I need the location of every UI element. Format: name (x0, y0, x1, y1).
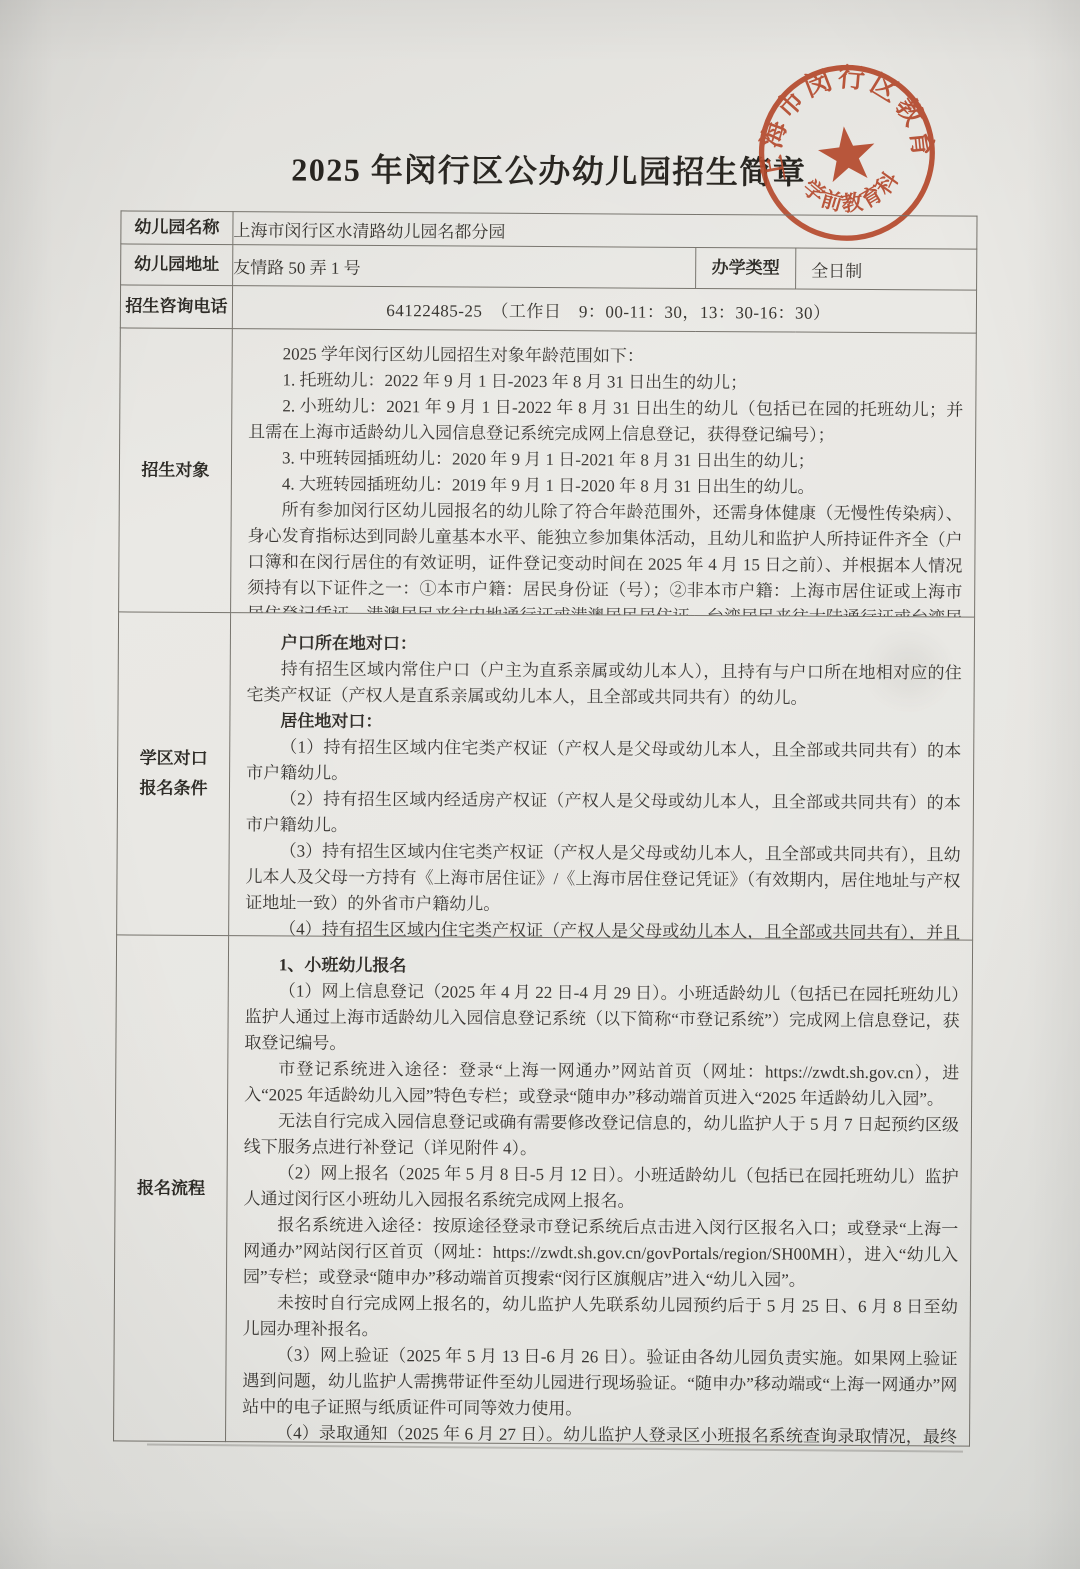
table-row: 幼儿园地址 友情路 50 弄 1 号 办学类型 全日制 (121, 244, 977, 290)
paragraph: （3）持有招生区域内住宅类产权证（产权人是父母或幼儿本人，且全部或共同共有），且… (245, 838, 960, 920)
svg-text:学前教育科: 学前教育科 (796, 164, 908, 221)
address-value: 友情路 50 弄 1 号 (233, 245, 696, 289)
table-row: 幼儿园名称 上海市闵行区水清路幼儿园名都分园 (121, 211, 977, 249)
process-text: 1、小班幼儿报名 （1）网上信息登记（2025 年 4 月 22 日-4 月 2… (226, 936, 972, 1446)
phone-value: 64122485-25 （工作日 9：00-11：30，13：30-16：30） (232, 286, 976, 334)
school-type-label: 办学类型 (696, 247, 796, 289)
seal-department-text: 学前教育科 (796, 164, 908, 221)
document-page: 2025 年闵行区公办幼儿园招生简章 上海市闵行区教育局 学前教育科 (0, 0, 1080, 1569)
star-icon (816, 123, 879, 183)
target-label: 招生对象 (119, 328, 233, 613)
address-label: 幼儿园地址 (121, 244, 233, 286)
phone-label: 招生咨询电话 (120, 285, 232, 329)
target-text: 2025 学年闵行区幼儿园招生对象年龄范围如下： 1. 托班幼儿：2022 年 … (231, 329, 976, 617)
paragraph: 报名系统进入途径：按原途径登录市登记系统后点击进入闵行区报名入口；或登录“上海一… (243, 1212, 958, 1294)
scan-smudge (862, 626, 955, 713)
enrollment-table: 幼儿园名称 上海市闵行区水清路幼儿园名都分园 幼儿园地址 友情路 50 弄 1 … (113, 210, 978, 1446)
paragraph: 无法自行完成入园信息登记或确有需要修改登记信息的，幼儿监护人于 5 月 7 日起… (244, 1108, 959, 1164)
paragraph: （3）网上验证（2025 年 5 月 13 日-6 月 26 日）。验证由各幼儿… (242, 1342, 957, 1424)
process-label: 报名流程 (114, 935, 229, 1442)
process-cell: 1、小班幼儿报名 （1）网上信息登记（2025 年 4 月 22 日-4 月 2… (226, 936, 973, 1447)
paragraph: 持有招生区域内常住户口（户主为直系亲属或幼儿本人），且持有与户口所在地相对应的住… (247, 656, 962, 712)
target-cell: 2025 学年闵行区幼儿园招生对象年龄范围如下： 1. 托班幼儿：2022 年 … (231, 329, 977, 618)
district-label: 学区对口 报名条件 (117, 612, 231, 936)
kindergarten-name-label: 幼儿园名称 (121, 211, 233, 245)
paragraph: （1）持有招生区域内住宅类产权证（产权人是父母或幼儿本人，且全部或共同共有）的本… (246, 734, 961, 790)
paragraph: （2）持有招生区域内经适房产权证（产权人是父母或幼儿本人，且全部或共同共有）的本… (246, 786, 961, 842)
school-type-value: 全日制 (796, 248, 977, 290)
table-row: 招生咨询电话 64122485-25 （工作日 9：00-11：30，13：30… (120, 285, 976, 333)
paragraph: （1）网上信息登记（2025 年 4 月 22 日-4 月 29 日）。小班适龄… (244, 978, 959, 1060)
paragraph: 所有参加闵行区幼儿园报名的幼儿除了符合年龄范围外，还需身体健康（无慢性传染病）、… (247, 497, 963, 616)
kindergarten-name-value: 上海市闵行区水清路幼儿园名都分园 (233, 212, 977, 250)
paragraph: （4）录取通知（2025 年 6 月 27 日）。幼儿监护人登录区小班报名系统查… (242, 1420, 957, 1445)
paragraph: 市登记系统进入途径：登录“上海一网通办”网站首页（网址：https://zwdt… (244, 1056, 959, 1112)
table-row-process: 报名流程 1、小班幼儿报名 （1）网上信息登记（2025 年 4 月 22 日-… (114, 935, 973, 1446)
paragraph: 未按时自行完成网上报名的，幼儿监护人先联系幼儿园预约后于 5 月 25 日、6 … (243, 1290, 958, 1346)
paragraph: 2. 小班幼儿：2021 年 9 月 1 日-2022 年 8 月 31 日出生… (248, 393, 963, 449)
table-row-target: 招生对象 2025 学年闵行区幼儿园招生对象年龄范围如下： 1. 托班幼儿：20… (119, 328, 977, 617)
scanned-document-photo: 2025 年闵行区公办幼儿园招生简章 上海市闵行区教育局 学前教育科 (0, 0, 1080, 1569)
table-row-district: 学区对口 报名条件 户口所在地对口： 持有招生区域内常住户口（户主为直系亲属或幼… (117, 612, 975, 940)
paragraph: （2）网上报名（2025 年 5 月 8 日-5 月 12 日）。小班适龄幼儿（… (243, 1160, 958, 1216)
